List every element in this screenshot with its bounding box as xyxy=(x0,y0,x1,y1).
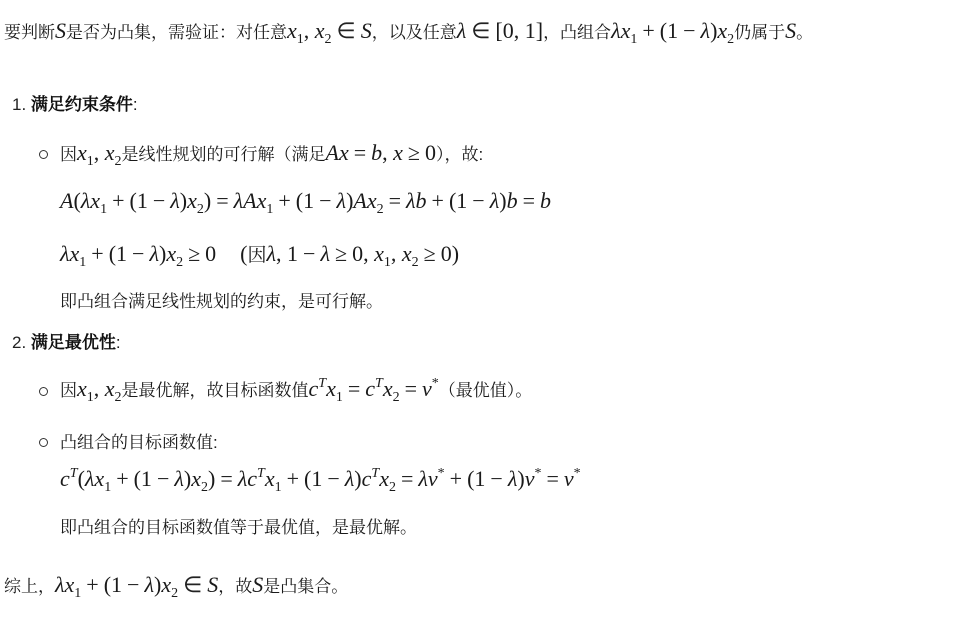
bullet-icon xyxy=(39,387,48,396)
summary-suffix: 是凸集合。 xyxy=(263,577,348,596)
intro-paragraph: 要判断S是否为凸集，需验证：对任意x1, x2∈S，以及任意λ∈[0, 1]，凸… xyxy=(4,18,813,48)
bullet-text-prefix: 因 xyxy=(60,381,77,400)
equation-constraint-2: λx1+(1−λ)x2≥0(因λ, 1−λ≥0, x1, x2≥0) xyxy=(60,240,459,271)
section-2-conclusion: 即凸组合的目标函数值等于最优值，是最优解。 xyxy=(60,513,417,538)
summary-paragraph: 综上，λx1+(1−λ)x2∈S，故S是凸集合。 xyxy=(4,572,348,602)
bullet-icon xyxy=(39,150,48,159)
bullet-text-prefix: 因 xyxy=(60,145,77,164)
math-S: S xyxy=(252,572,263,597)
section-1-heading: 1. 满足约束条件: xyxy=(12,90,138,115)
section-2-number: 2. xyxy=(12,333,26,352)
bullet-text-suffix: （最优值）。 xyxy=(439,381,533,400)
section-2-bullet-1: 因x1, x2是最优解，故目标函数值cTx1=cTx2=v*（最优值）。 xyxy=(60,376,532,406)
intro-suffix: 仍属于 xyxy=(734,23,785,42)
intro-end: 。 xyxy=(796,23,813,42)
section-2-title: 满足最优性 xyxy=(31,333,116,352)
section-1-bullet-1: 因x1, x2是线性规划的可行解（满足Ax=b, x≥0），故: xyxy=(60,140,483,170)
math-S: S xyxy=(55,18,66,43)
intro-text-1: 是否为凸集，需验证：对任意 xyxy=(66,23,287,42)
intro-text-3: ，凸组合 xyxy=(543,23,611,42)
section-1-conclusion: 即凸组合满足线性规划的约束，是可行解。 xyxy=(60,287,383,312)
section-1-colon: : xyxy=(133,95,138,114)
intro-prefix: 要判断 xyxy=(4,23,55,42)
math-x1: x1 xyxy=(287,18,304,43)
math-S-2: S xyxy=(785,18,796,43)
bullet-text-mid: 是线性规划的可行解（满足 xyxy=(122,145,326,164)
math-lambda: λ xyxy=(457,18,467,43)
section-1-number: 1. xyxy=(12,95,26,114)
equation-optimality: cT(λx1+(1−λ)x2)=λcTx1+(1−λ)cTx2=λv*+(1−λ… xyxy=(60,466,581,496)
bullet-text-suffix: ），故: xyxy=(436,145,483,164)
section-2-bullet-2: 凸组合的目标函数值: xyxy=(60,428,218,453)
bullet-icon xyxy=(39,438,48,447)
summary-mid: ，故 xyxy=(218,577,252,596)
section-1-title: 满足约束条件 xyxy=(31,95,133,114)
section-2-colon: : xyxy=(116,333,121,352)
summary-prefix: 综上， xyxy=(4,577,55,596)
section-2-heading: 2. 满足最优性: xyxy=(12,328,121,353)
bullet-text-mid: 是最优解，故目标函数值 xyxy=(122,381,309,400)
intro-text-2: ，以及任意 xyxy=(372,23,457,42)
equation-constraint-1: A(λx1+(1−λ)x2)=λAx1+(1−λ)Ax2=λb+(1−λ)b=b xyxy=(60,188,551,218)
